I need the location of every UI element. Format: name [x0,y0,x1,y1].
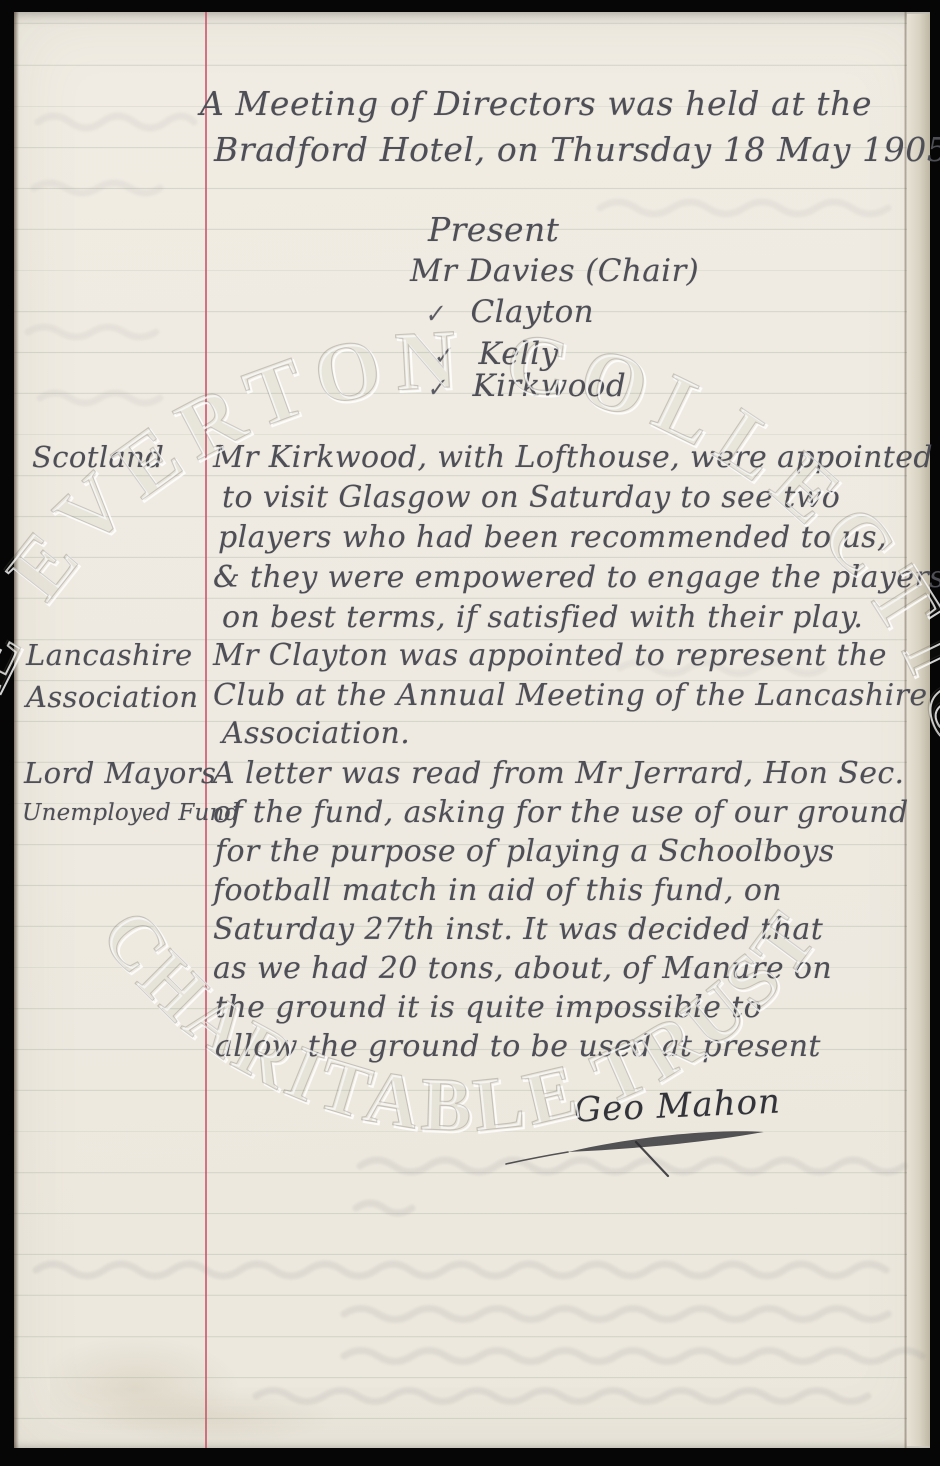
section-label-lancashire: Lancashire [26,638,193,672]
ditto-mark: ✓ [430,341,454,372]
red-margin-rule [205,12,207,1448]
minute-line: Saturday 27th inst. It was decided that [213,912,823,947]
ditto-mark: ✓ [424,373,448,404]
section-label-association: Association [26,680,198,714]
present-title: Present [428,210,559,249]
attendee-name: Kirkwood [473,368,627,404]
scanned-minute-page: A Meeting of Directors was held at the B… [0,0,940,1466]
section-label-unemployed-fund: Unemployed Fund [22,800,240,826]
minute-line: A letter was read from Mr Jerrard, Hon S… [213,756,904,791]
section-label-lord-mayors: Lord Mayors [24,756,216,790]
heading-line-2: Bradford Hotel, on Thursday 18 May 1905 [214,130,940,169]
chairman-name: Mr Davies (Chair) [410,253,699,289]
heading-line-1: A Meeting of Directors was held at the [200,84,872,123]
minute-line: the ground it is quite impossible to [215,990,762,1025]
adjacent-page-edge [907,14,930,1446]
minute-line: Mr Clayton was appointed to represent th… [213,638,887,673]
minute-line: to visit Glasgow on Saturday to see two [222,480,840,515]
section-label-scotland: Scotland [32,440,164,474]
minute-line: of the fund, asking for the use of our g… [213,795,909,830]
minute-line: Club at the Annual Meeting of the Lancas… [213,678,928,713]
minute-line: allow the ground to be used at present [215,1029,821,1064]
ditto-mark: ✓ [422,299,446,330]
binding-edge [14,12,19,1448]
minute-line: Association. [222,716,410,751]
attendee-name: Kelly [479,336,559,372]
attendee-row: ✓Kelly [432,336,559,372]
minute-line: & they were empowered to engage the play… [213,560,940,595]
minute-line: players who had been recommended to us, [218,520,887,555]
minute-line: on best terms, if satisfied with their p… [222,600,863,635]
minute-line: Mr Kirkwood, with Lofthouse, were appoin… [213,440,933,475]
attendee-row: ✓Clayton [424,294,594,330]
attendee-name: Clayton [471,294,595,330]
minute-line: as we had 20 tons, about, of Manure on [213,951,832,986]
minute-line: for the purpose of playing a Schoolboys [215,834,835,869]
minute-line: football match in aid of this fund, on [213,873,782,908]
attendee-row: ✓Kirkwood [426,368,626,404]
